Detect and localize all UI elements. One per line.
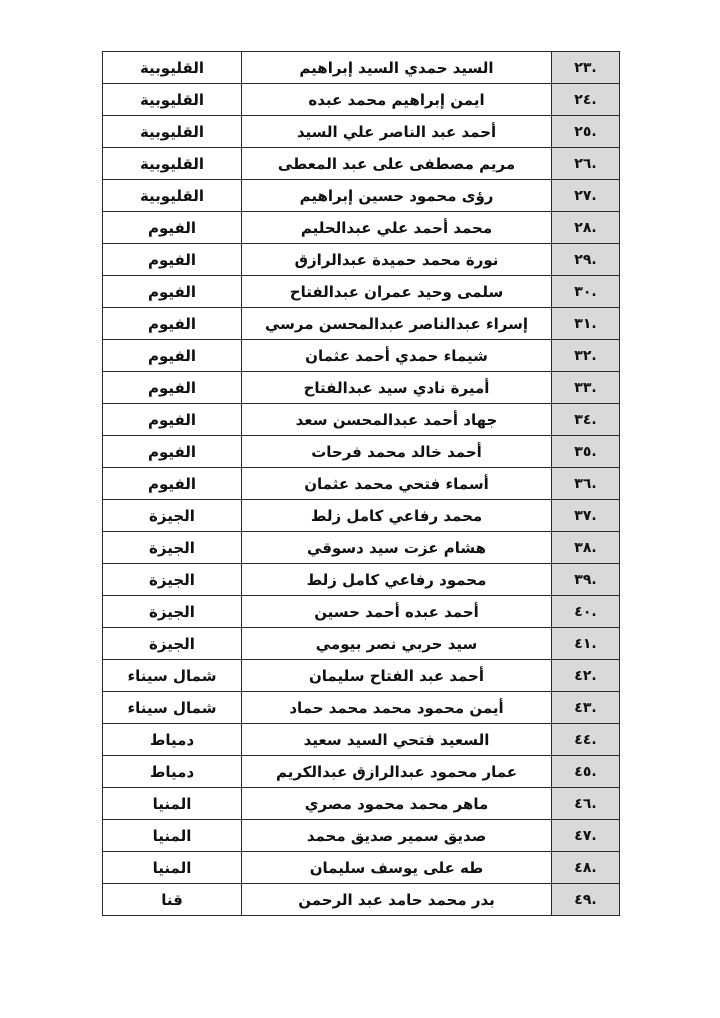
governorate-cell: الفيوم [103, 468, 242, 500]
name-cell: هشام عزت سيد دسوقي [242, 532, 552, 564]
number-cell: .٤٣ [552, 692, 620, 724]
number-cell: .٤٧ [552, 820, 620, 852]
number-cell: .٣٠ [552, 276, 620, 308]
name-cell: سيد حربي نصر بيومي [242, 628, 552, 660]
number-cell: .٣٧ [552, 500, 620, 532]
number-cell: .٢٦ [552, 148, 620, 180]
name-cell: أحمد خالد محمد فرحات [242, 436, 552, 468]
name-cell: صديق سمير صديق محمد [242, 820, 552, 852]
name-cell: أميرة نادي سيد عبدالفتاح [242, 372, 552, 404]
number-cell: .٣٨ [552, 532, 620, 564]
table-row: الفيومسلمى وحيد عمران عبدالفتاح.٣٠ [103, 276, 620, 308]
name-cell: أسماء فتحي محمد عثمان [242, 468, 552, 500]
governorate-cell: الفيوم [103, 276, 242, 308]
governorate-cell: شمال سيناء [103, 660, 242, 692]
number-cell: .٤٨ [552, 852, 620, 884]
number-cell: .٢٩ [552, 244, 620, 276]
name-cell: أحمد عبد الناصر علي السيد [242, 116, 552, 148]
table-row: الفيومأحمد خالد محمد فرحات.٣٥ [103, 436, 620, 468]
governorate-cell: القليوبية [103, 52, 242, 84]
governorate-cell: دمياط [103, 756, 242, 788]
name-cell: أيمن محمود محمد محمد حماد [242, 692, 552, 724]
name-cell: ايمن إبراهيم محمد عبده [242, 84, 552, 116]
table-row: الفيوممحمد أحمد علي عبدالحليم.٢٨ [103, 212, 620, 244]
governorate-cell: الجيزة [103, 596, 242, 628]
number-cell: .٤٩ [552, 884, 620, 916]
governorate-cell: الجيزة [103, 628, 242, 660]
table-row: الفيومإسراء عبدالناصر عبدالمحسن مرسي.٣١ [103, 308, 620, 340]
table-row: الفيومأميرة نادي سيد عبدالفتاح.٣٣ [103, 372, 620, 404]
governorate-cell: الفيوم [103, 308, 242, 340]
table-row: المنياماهر محمد محمود مصري.٤٦ [103, 788, 620, 820]
names-table-body: القليوبيةالسيد حمدي السيد إبراهيم.٢٣ الق… [103, 52, 620, 916]
table-row: القليوبيةرؤى محمود حسين إبراهيم.٢٧ [103, 180, 620, 212]
table-row: الجيزةأحمد عبده أحمد حسين.٤٠ [103, 596, 620, 628]
governorate-cell: قنا [103, 884, 242, 916]
table-row: القليوبيةمريم مصطفى على عبد المعطى.٢٦ [103, 148, 620, 180]
table-row: قنابدر محمد حامد عبد الرحمن.٤٩ [103, 884, 620, 916]
name-cell: أحمد عبده أحمد حسين [242, 596, 552, 628]
name-cell: إسراء عبدالناصر عبدالمحسن مرسي [242, 308, 552, 340]
name-cell: محمد رفاعي كامل زلط [242, 500, 552, 532]
governorate-cell: الفيوم [103, 212, 242, 244]
table-row: المنياصديق سمير صديق محمد.٤٧ [103, 820, 620, 852]
name-cell: محمود رفاعي كامل زلط [242, 564, 552, 596]
governorate-cell: المنيا [103, 820, 242, 852]
number-cell: .٤٠ [552, 596, 620, 628]
number-cell: .٢٣ [552, 52, 620, 84]
governorate-cell: القليوبية [103, 84, 242, 116]
table-row: الجيزةسيد حربي نصر بيومي.٤١ [103, 628, 620, 660]
governorate-cell: الفيوم [103, 372, 242, 404]
name-cell: عمار محمود عبدالرازق عبدالكريم [242, 756, 552, 788]
table-row: الفيومجهاد أحمد عبدالمحسن سعد.٣٤ [103, 404, 620, 436]
table-row: الجيزةمحمود رفاعي كامل زلط.٣٩ [103, 564, 620, 596]
governorate-cell: الفيوم [103, 244, 242, 276]
governorate-cell: شمال سيناء [103, 692, 242, 724]
table-row: الفيومشيماء حمدي أحمد عثمان.٣٢ [103, 340, 620, 372]
governorate-cell: الفيوم [103, 404, 242, 436]
table-row: الجيزةمحمد رفاعي كامل زلط.٣٧ [103, 500, 620, 532]
number-cell: .٣٩ [552, 564, 620, 596]
number-cell: .٤١ [552, 628, 620, 660]
governorate-cell: الجيزة [103, 564, 242, 596]
table-row: شمال سيناءأحمد عبد الفتاح سليمان.٤٢ [103, 660, 620, 692]
governorate-cell: دمياط [103, 724, 242, 756]
governorate-cell: المنيا [103, 788, 242, 820]
table-row: دمياطالسعيد فتحي السيد سعيد.٤٤ [103, 724, 620, 756]
number-cell: .٤٤ [552, 724, 620, 756]
name-cell: السعيد فتحي السيد سعيد [242, 724, 552, 756]
name-cell: مريم مصطفى على عبد المعطى [242, 148, 552, 180]
governorate-cell: المنيا [103, 852, 242, 884]
number-cell: .٢٧ [552, 180, 620, 212]
name-cell: رؤى محمود حسين إبراهيم [242, 180, 552, 212]
number-cell: .٢٤ [552, 84, 620, 116]
document-page: القليوبيةالسيد حمدي السيد إبراهيم.٢٣ الق… [0, 0, 720, 1018]
name-cell: سلمى وحيد عمران عبدالفتاح [242, 276, 552, 308]
table-row: الفيومنورة محمد حميدة عبدالرازق.٢٩ [103, 244, 620, 276]
number-cell: .٣٤ [552, 404, 620, 436]
number-cell: .٣٢ [552, 340, 620, 372]
number-cell: .٣٣ [552, 372, 620, 404]
number-cell: .٤٦ [552, 788, 620, 820]
name-cell: نورة محمد حميدة عبدالرازق [242, 244, 552, 276]
table-row: القليوبيةايمن إبراهيم محمد عبده.٢٤ [103, 84, 620, 116]
number-cell: .٢٨ [552, 212, 620, 244]
governorate-cell: الفيوم [103, 340, 242, 372]
governorate-cell: الجيزة [103, 500, 242, 532]
table-row: شمال سيناءأيمن محمود محمد محمد حماد.٤٣ [103, 692, 620, 724]
name-cell: جهاد أحمد عبدالمحسن سعد [242, 404, 552, 436]
name-cell: أحمد عبد الفتاح سليمان [242, 660, 552, 692]
number-cell: .٤٥ [552, 756, 620, 788]
number-cell: .٣٦ [552, 468, 620, 500]
table-row: دمياطعمار محمود عبدالرازق عبدالكريم.٤٥ [103, 756, 620, 788]
table-row: الجيزةهشام عزت سيد دسوقي.٣٨ [103, 532, 620, 564]
table-row: المنياطه على يوسف سليمان.٤٨ [103, 852, 620, 884]
name-cell: شيماء حمدي أحمد عثمان [242, 340, 552, 372]
table-row: القليوبيةالسيد حمدي السيد إبراهيم.٢٣ [103, 52, 620, 84]
governorate-cell: الجيزة [103, 532, 242, 564]
number-cell: .٣٥ [552, 436, 620, 468]
table-row: الفيومأسماء فتحي محمد عثمان.٣٦ [103, 468, 620, 500]
governorate-cell: القليوبية [103, 116, 242, 148]
governorate-cell: القليوبية [103, 180, 242, 212]
name-cell: محمد أحمد علي عبدالحليم [242, 212, 552, 244]
name-cell: بدر محمد حامد عبد الرحمن [242, 884, 552, 916]
number-cell: .٤٢ [552, 660, 620, 692]
name-cell: ماهر محمد محمود مصري [242, 788, 552, 820]
names-table: القليوبيةالسيد حمدي السيد إبراهيم.٢٣ الق… [102, 51, 620, 916]
table-row: القليوبيةأحمد عبد الناصر علي السيد.٢٥ [103, 116, 620, 148]
governorate-cell: الفيوم [103, 436, 242, 468]
governorate-cell: القليوبية [103, 148, 242, 180]
name-cell: طه على يوسف سليمان [242, 852, 552, 884]
number-cell: .٢٥ [552, 116, 620, 148]
number-cell: .٣١ [552, 308, 620, 340]
name-cell: السيد حمدي السيد إبراهيم [242, 52, 552, 84]
